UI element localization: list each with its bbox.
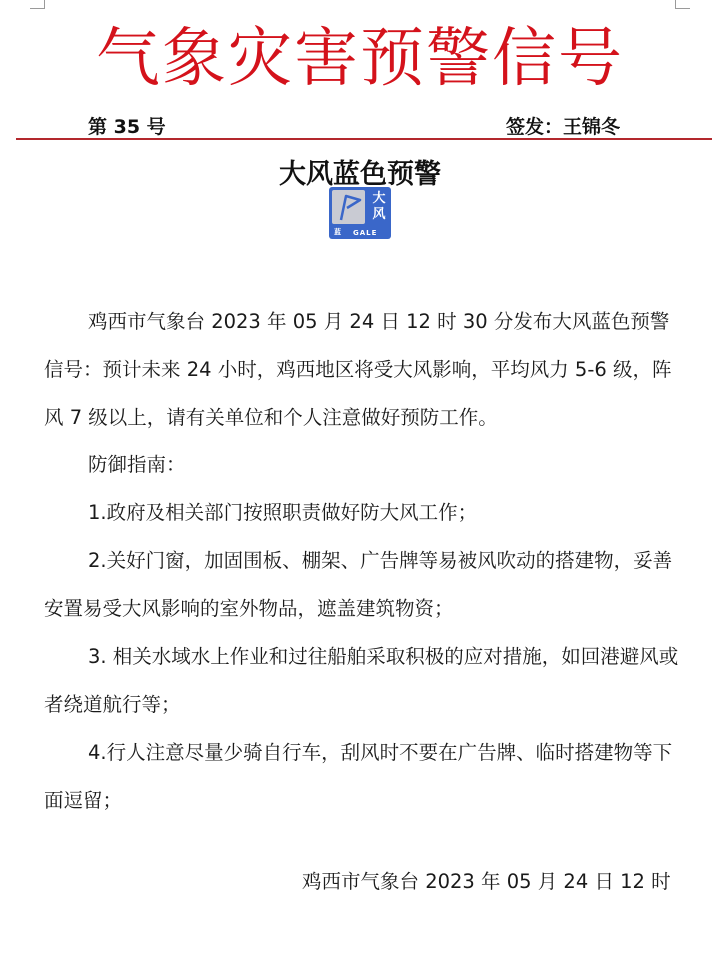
- masthead-title: 气象灾害预警信号: [0, 20, 720, 98]
- body-paragraph: 鸡西市气象台 2023 年 05 月 24 日 12 时 30 分发布大风蓝色预…: [44, 298, 684, 442]
- signal-label-left: 蓝: [334, 227, 341, 237]
- gale-blue-signal-icon: 大 风 蓝 GALE: [329, 187, 391, 239]
- page-corner-mark-left: [30, 0, 45, 9]
- signal-char-top: 大: [369, 191, 389, 206]
- signer: 签发：王锦冬: [506, 112, 620, 139]
- sign-off: 鸡西市气象台 2023 年 05 月 24 日 12 时: [302, 866, 671, 894]
- document-title: 大风蓝色预警: [0, 152, 720, 191]
- issue-number: 第 35 号: [88, 112, 166, 139]
- signal-char-bottom: 风: [369, 207, 389, 222]
- guideline-item: 1.政府及相关部门按照职责做好防大风工作；: [44, 489, 684, 537]
- guideline-item: 4.行人注意尽量少骑自行车，刮风时不要在广告牌、临时搭建物等下面逗留；: [44, 729, 684, 825]
- meta-row: 第 35 号 签发：王锦冬: [0, 112, 720, 138]
- flag-icon: [332, 190, 365, 224]
- guide-heading: 防御指南：: [44, 441, 684, 489]
- signal-label-gale: GALE: [353, 229, 377, 237]
- red-divider: [16, 138, 712, 140]
- guideline-item: 3. 相关水域水上作业和过往船舶采取积极的应对措施，如回港避风或者绕道航行等；: [44, 633, 684, 729]
- page-corner-mark-right: [675, 0, 690, 9]
- guideline-item: 2.关好门窗，加固围板、棚架、广告牌等易被风吹动的搭建物，妥善安置易受大风影响的…: [44, 537, 684, 633]
